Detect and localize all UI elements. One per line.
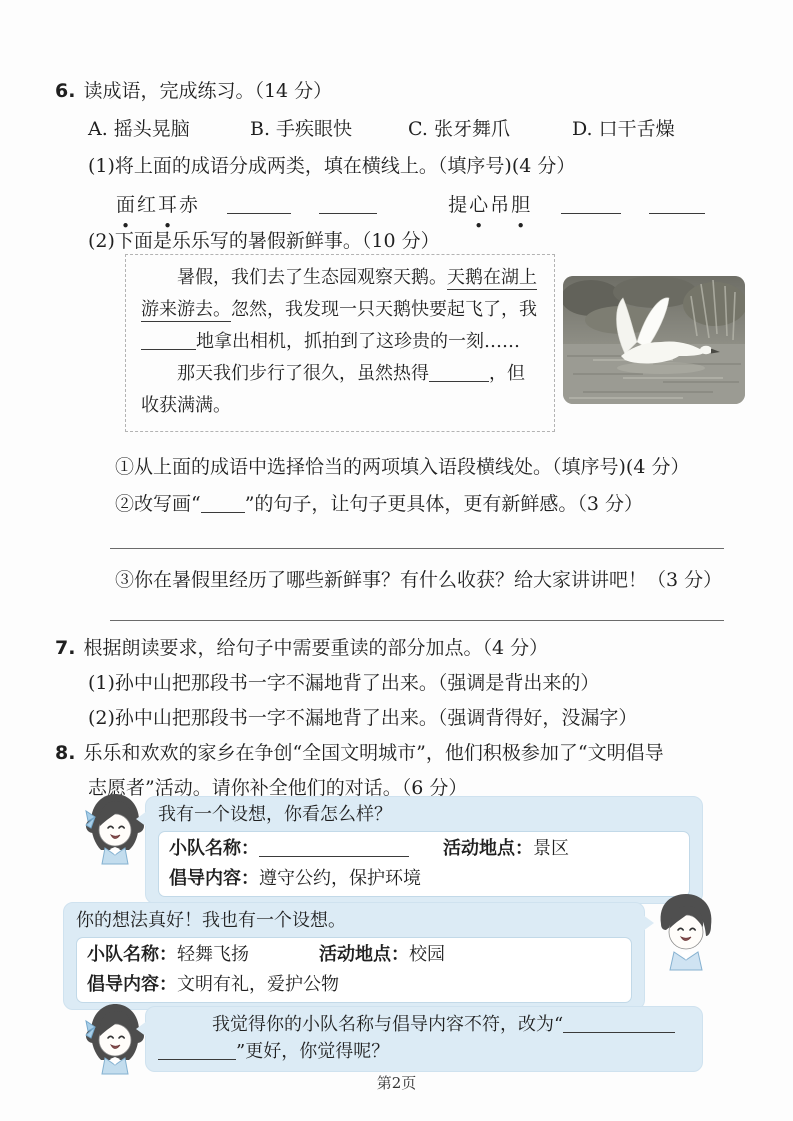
answer-line-2[interactable] — [110, 596, 724, 621]
girl-avatar-2 — [83, 1000, 147, 1081]
team-name-value-2: 轻舞飞扬 — [177, 944, 249, 965]
idiom1-char2: 红 — [136, 190, 157, 217]
q6-number: 6. — [55, 80, 75, 102]
passage-line-5: 收获满满。 — [141, 390, 539, 422]
passage-line-3: 地拿出相机，抓拍到了这珍贵的一刻…… — [141, 326, 539, 358]
passage-line-4: 那天我们步行了很久，虽然热得，但 — [141, 358, 539, 390]
idiom-mianhongerchi: 面红耳赤 — [115, 194, 199, 216]
passage-blank-1[interactable] — [141, 329, 196, 350]
content-value: 遵守公约，保护环境 — [259, 868, 421, 889]
bubble1-intro: 我有一个设想，你看怎么样？ — [158, 801, 690, 828]
idiom1-char3: 耳 — [157, 190, 178, 217]
idiom1-char1: 面 — [115, 190, 136, 217]
classify-blank-2[interactable] — [319, 193, 377, 214]
bubble2-intro: 你的想法真好！我也有一个设想。 — [76, 907, 632, 934]
passage-l3: 地拿出相机，抓拍到了这珍贵的一刻…… — [196, 331, 520, 352]
bubble1-row1: 小队名称：活动地点：景区 — [169, 834, 679, 864]
q6-classify-row: 面红耳赤 提心吊胆 — [115, 190, 705, 217]
sub2-inline-blank — [201, 492, 245, 513]
content-label-2: 倡导内容： — [87, 974, 177, 995]
passage-l4b: ，但 — [489, 363, 525, 384]
bubble2-row2: 倡导内容：文明有礼，爱护公物 — [87, 970, 621, 1000]
page-number: 第2页 — [0, 1072, 793, 1093]
q6-part2-text: (2)下面是乐乐写的暑假新鲜事。（10 分） — [88, 226, 440, 253]
content-label: 倡导内容： — [169, 868, 259, 889]
option-b: B. 手疾眼快 — [250, 114, 352, 141]
idiom-tixindiaodan: 提心吊胆 — [447, 194, 531, 216]
q6-heading: 6.读成语，完成练习。（14 分） — [55, 76, 332, 103]
place-value-2: 校园 — [409, 944, 445, 965]
passage-l1a: 暑假，我们去了生态园观察天鹅。 — [177, 267, 447, 288]
option-c: C. 张牙舞爪 — [408, 114, 510, 141]
classify-blank-1[interactable] — [227, 193, 291, 214]
bubble2-infobox: 小队名称：轻舞飞扬活动地点：校园 倡导内容：文明有礼，爱护公物 — [76, 937, 632, 1003]
passage-l4a: 那天我们步行了很久，虽然热得 — [177, 363, 429, 384]
passage-line-1: 暑假，我们去了生态园观察天鹅。天鹅在湖上 — [141, 262, 539, 294]
swan-photo-illustration — [563, 276, 745, 404]
team-name-label-2: 小队名称： — [87, 944, 177, 965]
q6-part1-text: (1)将上面的成语分成两类，填在横线上。（填序号)(4 分） — [88, 151, 575, 178]
classify-blank-3[interactable] — [561, 193, 621, 214]
q6-options-row: A. 摇头晃脑 B. 手疾眼快 C. 张牙舞爪 D. 口干舌燥 — [0, 114, 793, 140]
bubble-girl-2: 我觉得你的小队名称与倡导内容不符，改为“ ”更好，你觉得呢？ — [145, 1006, 703, 1072]
q7-item1-text: (1)孙中山把那段书一字不漏地背了出来。（强调是背出来的） — [88, 668, 599, 695]
bubble1-row2: 倡导内容：遵守公约，保护环境 — [169, 864, 679, 894]
idiom2-char3: 吊 — [489, 190, 510, 217]
passage-underlined-1: 天鹅在湖上 — [447, 267, 537, 290]
bubble3-line1: 我觉得你的小队名称与倡导内容不符，改为“ — [158, 1011, 690, 1038]
q8-heading: 8.乐乐和欢欢的家乡在争创“全国文明城市”，他们积极参加了“文明倡导 — [55, 738, 664, 765]
bubble2-row1: 小队名称：轻舞飞扬活动地点：校园 — [87, 940, 621, 970]
idiom2-char4: 胆 — [510, 190, 531, 217]
bubble3-tail — [136, 1021, 147, 1037]
q6-sub1-text: ①从上面的成语中选择恰当的两项填入语段横线处。（填序号)(4 分） — [115, 452, 689, 479]
boy-avatar — [651, 888, 721, 977]
bubble3-blank-2[interactable] — [158, 1039, 236, 1060]
bubble3-line1-text: 我觉得你的小队名称与倡导内容不符，改为“ — [212, 1014, 563, 1035]
place-value: 景区 — [533, 838, 569, 859]
q6-sub2-pre: ②改写画“ — [115, 493, 201, 515]
passage-underlined-2: 游来游去。 — [141, 299, 231, 322]
answer-line-1[interactable] — [110, 524, 724, 549]
idiom2-char1: 提 — [447, 190, 468, 217]
q6-title: 读成语，完成练习。（14 分） — [83, 80, 332, 102]
bubble3-blank-1[interactable] — [563, 1012, 675, 1033]
bubble3-line2: ”更好，你觉得呢？ — [158, 1038, 690, 1065]
classify-blank-4[interactable] — [649, 193, 705, 214]
place-label: 活动地点： — [443, 838, 533, 859]
q7-title: 根据朗读要求，给句子中需要重读的部分加点。（4 分） — [83, 637, 548, 659]
place-label-2: 活动地点： — [319, 944, 409, 965]
team-name-label: 小队名称： — [169, 838, 259, 859]
q7-heading: 7.根据朗读要求，给句子中需要重读的部分加点。（4 分） — [55, 633, 548, 660]
option-a: A. 摇头晃脑 — [88, 114, 190, 141]
worksheet-page: 6.读成语，完成练习。（14 分） A. 摇头晃脑 B. 手疾眼快 C. 张牙舞… — [0, 0, 793, 1121]
q6-sub2-post: ”的句子，让句子更具体，更有新鲜感。（3 分） — [245, 493, 643, 515]
option-d: D. 口干舌燥 — [572, 114, 675, 141]
content-value-2: 文明有礼，爱护公物 — [177, 974, 339, 995]
bubble1-infobox: 小队名称：活动地点：景区 倡导内容：遵守公约，保护环境 — [158, 831, 690, 897]
bubble-girl-1: 我有一个设想，你看怎么样？ 小队名称：活动地点：景区 倡导内容：遵守公约，保护环… — [145, 796, 703, 904]
q8-intro-line1: 乐乐和欢欢的家乡在争创“全国文明城市”，他们积极参加了“文明倡导 — [83, 742, 663, 764]
q7-number: 7. — [55, 637, 75, 659]
swan-photo — [563, 276, 745, 404]
passage-blank-2[interactable] — [429, 361, 489, 382]
girl-avatar — [83, 790, 147, 871]
team-name-blank[interactable] — [259, 836, 409, 857]
passage-box: 暑假，我们去了生态园观察天鹅。天鹅在湖上 游来游去。忽然，我发现一只天鹅快要起飞… — [125, 254, 555, 432]
bubble-boy: 你的想法真好！我也有一个设想。 小队名称：轻舞飞扬活动地点：校园 倡导内容：文明… — [63, 902, 645, 1010]
q8-number: 8. — [55, 742, 75, 764]
passage-l2b: 忽然，我发现一只天鹅快要起飞了，我 — [231, 299, 537, 320]
passage-l5: 收获满满。 — [141, 395, 231, 416]
q7-item2-text: (2)孙中山把那段书一字不漏地背了出来。（强调背得好，没漏字） — [88, 703, 637, 730]
idiom1-char4: 赤 — [178, 190, 199, 217]
q6-sub3-text: ③你在暑假里经历了哪些新鲜事？有什么收获？给大家讲讲吧！（3 分） — [115, 565, 722, 592]
q6-sub2-text: ②改写画“”的句子，让句子更具体，更有新鲜感。（3 分） — [115, 489, 643, 516]
bubble1-tail — [136, 811, 147, 827]
bubble3-line2-text: ”更好，你觉得呢？ — [236, 1041, 389, 1062]
idiom2-char2: 心 — [468, 190, 489, 217]
passage-line-2: 游来游去。忽然，我发现一只天鹅快要起飞了，我 — [141, 294, 539, 326]
